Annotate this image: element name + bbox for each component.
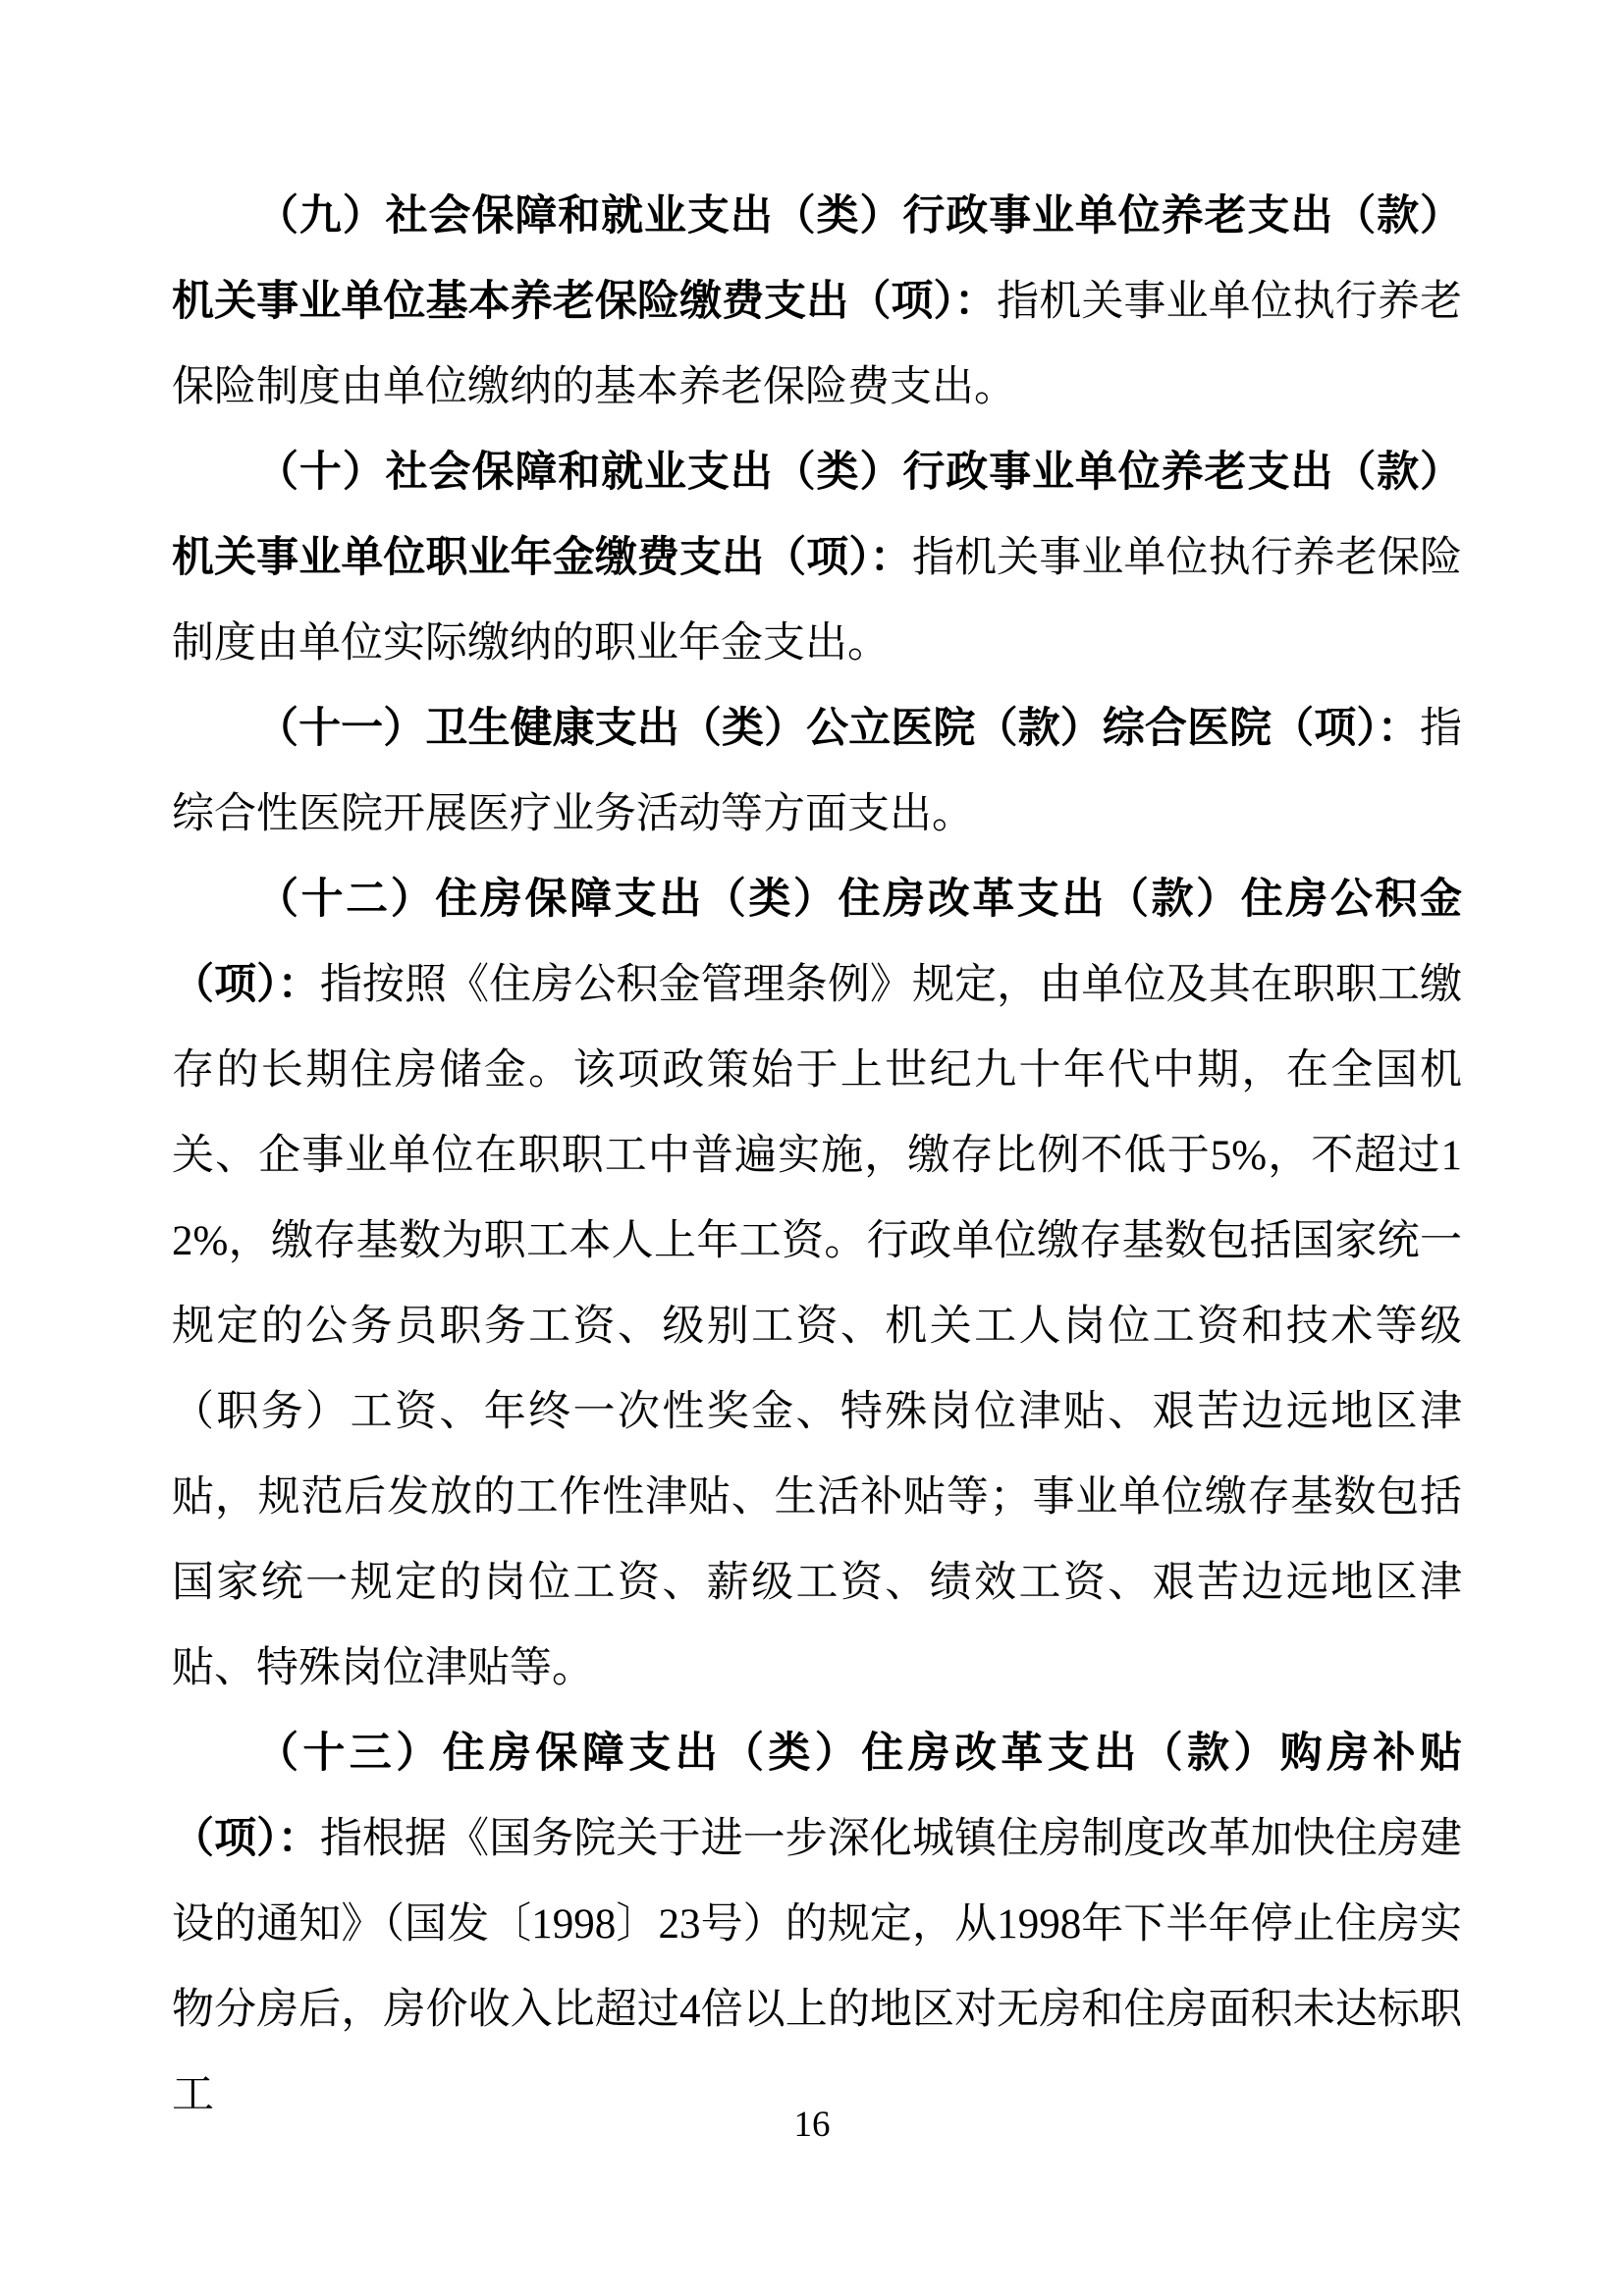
- paragraph-item-9: （九）社会保障和就业支出（类）行政事业单位养老支出（款）机关事业单位基本养老保险…: [172, 174, 1462, 430]
- paragraph-12-text: 指按照《住房公积金管理条例》规定，由单位及其在职职工缴存的长期住房储金。该项政策…: [172, 962, 1462, 1691]
- paragraph-item-12: （十二）住房保障支出（类）住房改革支出（款）住房公积金（项）：指按照《住房公积金…: [172, 857, 1462, 1711]
- paragraph-item-10: （十）社会保障和就业支出（类）行政事业单位养老支出（款）机关事业单位职业年金缴费…: [172, 430, 1462, 686]
- page-number: 16: [0, 2104, 1624, 2147]
- paragraph-11-heading: （十一）卫生健康支出（类）公立医院（款）综合医院（项）：: [256, 705, 1420, 752]
- paragraph-item-11: （十一）卫生健康支出（类）公立医院（款）综合医院（项）：指综合性医院开展医疗业务…: [172, 686, 1462, 857]
- document-page: （九）社会保障和就业支出（类）行政事业单位养老支出（款）机关事业单位基本养老保险…: [0, 0, 1624, 2296]
- paragraph-13-text: 指根据《国务院关于进一步深化城镇住房制度改革加快住房建设的通知》（国发〔1998…: [172, 1816, 1462, 2118]
- paragraph-item-13: （十三）住房保障支出（类）住房改革支出（款）购房补贴（项）：指根据《国务院关于进…: [172, 1711, 1462, 2138]
- document-body: （九）社会保障和就业支出（类）行政事业单位养老支出（款）机关事业单位基本养老保险…: [172, 174, 1462, 2138]
